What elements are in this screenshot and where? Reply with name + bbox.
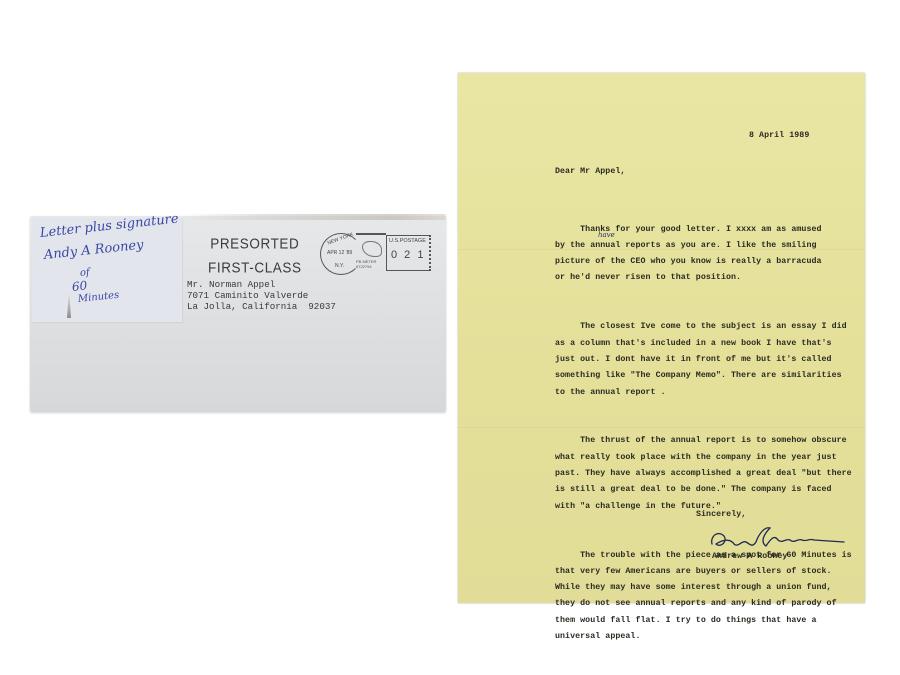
address-line: La Jolla, California 92037: [187, 301, 336, 312]
meter-permit: PB METER 6722794: [356, 260, 376, 269]
handwritten-note-card: Letter plus signature Andy A Rooney of 6…: [32, 218, 182, 322]
postage-box: U.S.POSTAGE 0 2 1: [386, 235, 431, 271]
letter-date: 8 April 1989: [749, 131, 809, 140]
letter-body: Thanks for your good letter. I xxxx am a…: [555, 189, 852, 675]
signature-icon: [708, 522, 848, 552]
postmark-date: APR 12 '89: [327, 250, 352, 256]
typed-letter: 8 April 1989 Dear Mr Appel, Thanks for y…: [458, 73, 865, 603]
typed-signature-name: Andrew A Rooney: [712, 552, 787, 561]
indicia-line: PRESORTED: [208, 232, 302, 256]
mail-class-indicia: PRESORTED FIRST-CLASS: [208, 232, 302, 280]
indicia-line: FIRST-CLASS: [208, 256, 302, 280]
paragraph: The trouble with the piece as a spot for…: [555, 548, 852, 646]
address-line: Mr. Norman Appel: [187, 279, 336, 290]
note-line: 60: [71, 278, 88, 294]
postage-label: U.S.POSTAGE: [389, 238, 426, 244]
eagle-icon: PB METER 6722794: [356, 233, 386, 269]
torn-edge: [180, 214, 446, 220]
postmark-state: N.Y.: [335, 263, 344, 269]
meter-stamp: NEW YORK APR 12 '89 N.Y. PB METER 672279…: [320, 231, 432, 275]
address-line: 7071 Caminito Valverde: [187, 290, 336, 301]
handwritten-insertion: have: [598, 231, 615, 239]
salutation: Dear Mr Appel,: [555, 167, 625, 176]
closing: Sincerely,: [696, 510, 746, 519]
note-line: Letter plus signature: [39, 211, 179, 240]
recipient-address: Mr. Norman Appel7071 Caminito ValverdeLa…: [187, 279, 336, 312]
postage-amount: 0 2 1: [391, 249, 425, 261]
note-line: of: [79, 267, 90, 279]
envelope: Letter plus signature Andy A Rooney of 6…: [30, 216, 446, 412]
note-line: Andy A Rooney: [43, 238, 144, 263]
card-fold: [67, 288, 71, 318]
paragraph: The closest Ive come to the subject is a…: [555, 319, 852, 400]
paragraph: The thrust of the annual report is to so…: [555, 433, 852, 514]
postmark-city: NEW YORK: [327, 232, 355, 247]
